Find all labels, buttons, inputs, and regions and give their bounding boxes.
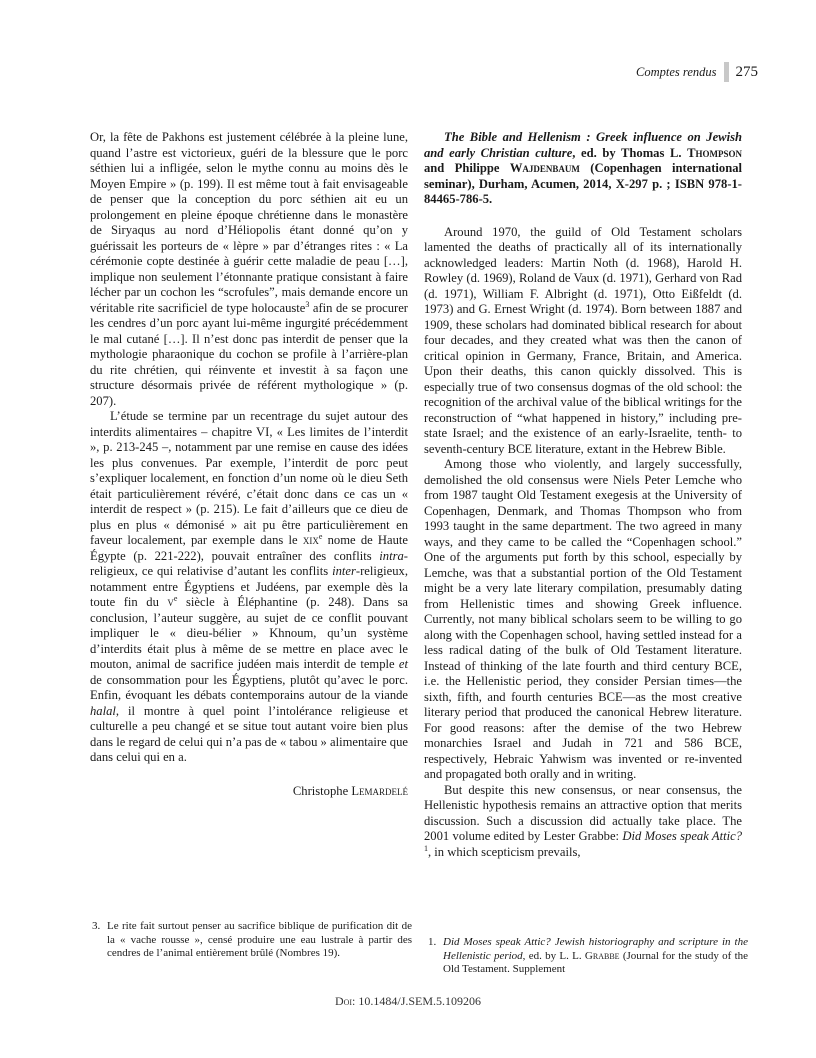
footnote-text: Le rite fait surtout penser au sacrifice… [107, 920, 412, 961]
paragraph: Or, la fête de Pakhons est justement cél… [90, 130, 408, 409]
paragraph: L’étude se termine par un recentrage du … [90, 409, 408, 766]
header-divider-bar [724, 62, 729, 82]
section-title: Comptes rendus [636, 65, 716, 80]
page-number: 275 [736, 64, 759, 81]
footnote-1: 1. Did Moses speak Attic? Jewish histori… [428, 936, 748, 977]
paragraph: But despite this new consensus, or near … [424, 783, 742, 861]
footnote-number: 3. [92, 920, 104, 934]
paragraph: Among those who violently, and largely s… [424, 457, 742, 783]
footnote-text: Did Moses speak Attic? Jewish historiogr… [443, 936, 748, 977]
left-column: Or, la fête de Pakhons est justement cél… [90, 130, 408, 799]
review-signature: Christophe Lemardelé [90, 784, 408, 800]
running-header: Comptes rendus 275 [636, 62, 758, 82]
footnote-number: 1. [428, 936, 440, 950]
paragraph: Around 1970, the guild of Old Testament … [424, 225, 742, 458]
right-column: The Bible and Hellenism : Greek influenc… [424, 130, 742, 860]
footnote-3: 3. Le rite fait surtout penser au sacrif… [92, 920, 412, 961]
doi-footer: Doi: 10.1484/J.SEM.5.109206 [0, 994, 816, 1009]
review-heading: The Bible and Hellenism : Greek influenc… [424, 130, 742, 208]
